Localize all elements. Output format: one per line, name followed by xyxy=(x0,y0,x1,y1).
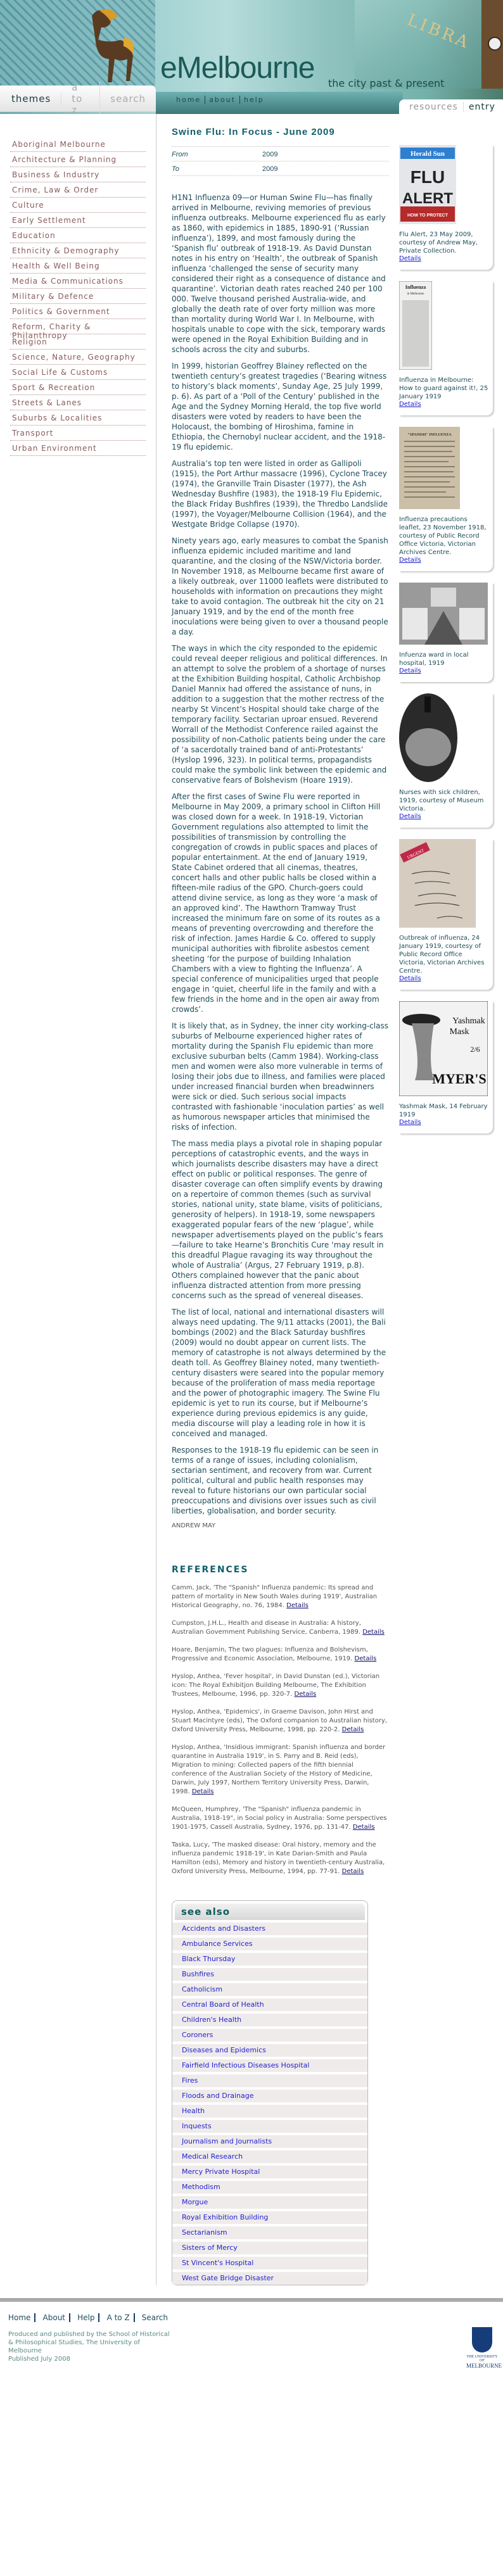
tab-search[interactable]: search xyxy=(100,93,156,104)
paragraph: H1N1 Influenza 09—or Human Swine Flu—has… xyxy=(172,193,389,355)
clock-tower-art xyxy=(481,0,503,89)
see-also-link[interactable]: Inquests xyxy=(172,2120,367,2133)
flu-alert-newspaper-image[interactable]: Herald Sun FLU ALERT HOW TO PROTECT xyxy=(399,145,456,224)
sidebar-item-business-industry[interactable]: Business & Industry xyxy=(10,167,146,182)
reference-details-link[interactable]: Details xyxy=(342,1726,364,1733)
sidebar-item-suburbs-localities[interactable]: Suburbs & Localities xyxy=(10,410,146,426)
see-also-link[interactable]: Morgue xyxy=(172,2196,367,2209)
image-card-influenza-ward: Infuenza ward in local hospital, 1919 De… xyxy=(399,583,493,682)
sidebar-item-aboriginal-melbourne[interactable]: Aboriginal Melbourne xyxy=(10,137,146,152)
paragraph: In 1999, historian Geoffrey Blainey refl… xyxy=(172,361,389,452)
reference-details-link[interactable]: Details xyxy=(295,1691,317,1698)
see-also-link[interactable]: Medical Research xyxy=(172,2150,367,2163)
references-heading: REFERENCES xyxy=(172,1565,389,1575)
yashmak-mask-advertisement-image[interactable]: Yashmak Mask 2/6 MYER'S xyxy=(399,1001,488,1096)
image-caption: Flu Alert, 23 May 2009, courtesy of Andr… xyxy=(399,230,493,255)
sidebar-item-science-nature[interactable]: Science, Nature, Geography xyxy=(10,350,146,365)
reference-item: Cumpston, J.H.L., Health and disease in … xyxy=(172,1619,389,1637)
sidebar-item-media-communications[interactable]: Media & Communications xyxy=(10,274,146,289)
svg-text:ALERT: ALERT xyxy=(402,190,453,207)
see-also-link[interactable]: Ambulance Services xyxy=(172,1938,367,1950)
image-card-outbreak: URGENT Outbreak of influenza, 24 January… xyxy=(399,839,493,990)
sidebar-item-streets-lanes[interactable]: Streets & Lanes xyxy=(10,395,146,410)
sidebar-item-urban-environment[interactable]: Urban Environment xyxy=(10,441,146,456)
paragraph: The ways in which the city responded to … xyxy=(172,643,389,785)
svg-text:Herald Sun: Herald Sun xyxy=(411,150,445,158)
reference-item: Hyslop, Anthea, 'Insidious immigrant: Sp… xyxy=(172,1743,389,1796)
footer-link-help[interactable]: Help xyxy=(73,2313,99,2322)
see-also-heading: see also xyxy=(175,1904,365,1920)
image-details-link[interactable]: Details xyxy=(399,813,493,820)
sidebar-item-early-settlement[interactable]: Early Settlement xyxy=(10,213,146,228)
reference-details-link[interactable]: Details xyxy=(353,1824,375,1831)
references-section: REFERENCES Camm, Jack, 'The "Spanish" In… xyxy=(172,1565,389,1876)
paragraph: Responses to the 1918-19 flu epidemic ca… xyxy=(172,1445,389,1516)
sidebar-item-reform-charity[interactable]: Reform, Charity & Philanthropy xyxy=(10,319,146,334)
university-logo[interactable]: THE UNIVERSITY OF MELBOURNE xyxy=(466,2327,498,2369)
paragraph: Australia’s top ten were listed in order… xyxy=(172,458,389,529)
sidebar-item-social-life[interactable]: Social Life & Customs xyxy=(10,365,146,380)
image-details-link[interactable]: Details xyxy=(399,255,493,262)
image-details-link[interactable]: Details xyxy=(399,975,493,982)
see-also-link[interactable]: Diseases and Epidemics xyxy=(172,2044,367,2057)
see-also-link[interactable]: Coroners xyxy=(172,2029,367,2042)
image-caption: Yashmak Mask, 14 February 1919 xyxy=(399,1102,493,1119)
reference-item: McQueen, Humphrey, 'The "Spanish" influe… xyxy=(172,1805,389,1832)
reference-details-link[interactable]: Details xyxy=(362,1629,385,1636)
footer-link-home[interactable]: Home xyxy=(8,2313,35,2322)
image-caption: Outbreak of influenza, 24 January 1919, … xyxy=(399,934,493,975)
see-also-link[interactable]: Black Thursday xyxy=(172,1953,367,1966)
svg-text:MYER'S: MYER'S xyxy=(432,1071,487,1087)
tab-resources[interactable]: resources xyxy=(409,102,464,112)
image-sidebar: Herald Sun FLU ALERT HOW TO PROTECT Flu … xyxy=(389,114,503,2285)
site-logo[interactable]: eMelbourne xyxy=(160,53,315,84)
reference-item: Camm, Jack, 'The "Spanish" Influenza pan… xyxy=(172,1584,389,1610)
image-caption: Infuenza ward in local hospital, 1919 xyxy=(399,651,493,667)
tab-a-to-z[interactable]: a to z xyxy=(61,82,100,115)
image-caption: Nurses with sick children, 1919, courtes… xyxy=(399,788,493,813)
see-also-link[interactable]: St Vincent's Hospital xyxy=(172,2257,367,2270)
reference-item: Taska, Lucy, 'The masked disease: Oral h… xyxy=(172,1841,389,1876)
nav-help[interactable]: help xyxy=(240,96,268,104)
sidebar-item-transport[interactable]: Transport xyxy=(10,426,146,441)
paragraph: It is likely that, as in Sydney, the inn… xyxy=(172,1021,389,1132)
see-also-link[interactable]: Bushfires xyxy=(172,1968,367,1981)
nav-about[interactable]: about xyxy=(205,96,240,104)
published-date: Published July 2008 xyxy=(8,2355,173,2363)
sidebar-item-crime-law-order[interactable]: Crime, Law & Order xyxy=(10,182,146,198)
reference-item: Hyslop, Anthea, 'Epidemics', in Graeme D… xyxy=(172,1708,389,1734)
reference-item: Hyslop, Anthea, 'Fever hospital', in Dav… xyxy=(172,1672,389,1699)
tab-themes[interactable]: themes xyxy=(0,93,61,104)
image-details-link[interactable]: Details xyxy=(399,401,493,408)
svg-text:Influenza: Influenza xyxy=(405,284,426,290)
reference-text: Camm, Jack, 'The "Spanish" Influenza pan… xyxy=(172,1584,377,1609)
reference-text: Hyslop, Anthea, 'Insidious immigrant: Sp… xyxy=(172,1744,385,1795)
image-card-yashmak-mask: Yashmak Mask 2/6 MYER'S Yashmak Mask, 14… xyxy=(399,1001,493,1133)
image-card-nurses: Nurses with sick children, 1919, courtes… xyxy=(399,693,493,828)
sidebar-item-military-defence[interactable]: Military & Defence xyxy=(10,289,146,304)
see-also-link[interactable]: Floods and Drainage xyxy=(172,2090,367,2102)
see-also-link[interactable]: Central Board of Health xyxy=(172,1998,367,2011)
see-also-link[interactable]: Accidents and Disasters xyxy=(172,1923,367,1935)
see-also-link[interactable]: Mercy Private Hospital xyxy=(172,2166,367,2178)
footer-link-a-to-z[interactable]: A to Z xyxy=(103,2313,135,2322)
see-also-link[interactable]: Sectarianism xyxy=(172,2226,367,2239)
sidebar-item-education[interactable]: Education xyxy=(10,228,146,243)
reference-details-link[interactable]: Details xyxy=(342,1868,364,1875)
top-nav: home about help xyxy=(156,92,403,114)
sidebar-item-politics-government[interactable]: Politics & Government xyxy=(10,304,146,319)
sidebar-item-culture[interactable]: Culture xyxy=(10,198,146,213)
reference-text: Cumpston, J.H.L., Health and disease in … xyxy=(172,1620,361,1636)
see-also-link[interactable]: Fairfield Infectious Diseases Hospital xyxy=(172,2059,367,2072)
svg-text:HOW TO PROTECT: HOW TO PROTECT xyxy=(407,213,449,218)
paragraph: Ninety years ago, early measures to comb… xyxy=(172,536,389,637)
nurses-with-children-photo[interactable] xyxy=(399,693,458,782)
see-also-link[interactable]: West Gate Bridge Disaster xyxy=(172,2272,367,2285)
svg-text:in Melbourne: in Melbourne xyxy=(407,293,424,296)
precautions-leaflet-image[interactable]: "SPANISH" INFLUENZA xyxy=(399,427,460,509)
author-name: ANDREW MAY xyxy=(172,1522,389,1529)
logo-text-bottom: MELBOURNE xyxy=(466,2363,498,2369)
site-footer: Home About Help A to Z Search Produced a… xyxy=(0,2298,503,2425)
image-card-flu-alert: Herald Sun FLU ALERT HOW TO PROTECT Flu … xyxy=(399,145,493,270)
footer-link-about[interactable]: About xyxy=(39,2313,70,2322)
site-tagline: the city past & present xyxy=(328,77,444,89)
image-card-precautions-leaflet: "SPANISH" INFLUENZA Influenza precaution… xyxy=(399,427,493,571)
see-also-link[interactable]: Methodism xyxy=(172,2181,367,2194)
image-caption: Influenza precautions leaflet, 23 Novemb… xyxy=(399,515,493,557)
svg-text:Yashmak: Yashmak xyxy=(452,1016,485,1026)
see-also-link[interactable]: Children's Health xyxy=(172,2014,367,2026)
secondary-tabs: resources entry xyxy=(399,99,503,114)
horse-sculpture-icon xyxy=(54,3,136,82)
reference-details-link[interactable]: Details xyxy=(192,1788,214,1795)
svg-text:2/6: 2/6 xyxy=(470,1045,480,1054)
nav-home[interactable]: home xyxy=(172,96,205,104)
svg-text:FLU: FLU xyxy=(411,167,445,187)
see-also-link[interactable]: Journalism and Journalists xyxy=(172,2135,367,2148)
clock-icon xyxy=(488,37,502,51)
reference-details-link[interactable]: Details xyxy=(286,1602,309,1609)
article-main: Swine Flu: In Focus - June 2009 From 200… xyxy=(156,114,389,2285)
sidebar-item-ethnicity-demography[interactable]: Ethnicity & Demography xyxy=(10,243,146,258)
date-to-row: To 2009 xyxy=(172,161,389,176)
svg-text:"SPANISH" INFLUENZA: "SPANISH" INFLUENZA xyxy=(407,433,452,437)
see-also-link[interactable]: Health xyxy=(172,2105,367,2118)
to-value: 2009 xyxy=(262,165,277,173)
see-also-box: see also Accidents and Disasters Ambulan… xyxy=(172,1900,368,2285)
footer-nav: Home About Help A to Z Search xyxy=(8,2311,503,2323)
from-value: 2009 xyxy=(262,151,277,158)
themes-sidebar: Aboriginal Melbourne Architecture & Plan… xyxy=(0,114,156,2285)
logo-text-top: THE UNIVERSITY OF xyxy=(466,2355,498,2363)
page-title: Swine Flu: In Focus - June 2009 xyxy=(172,127,389,147)
university-crest-icon xyxy=(472,2327,492,2352)
image-details-link[interactable]: Details xyxy=(399,557,493,564)
image-details-link[interactable]: Details xyxy=(399,1119,493,1126)
paragraph: After the first cases of Swine Flu were … xyxy=(172,792,389,1014)
produced-by-text: Produced and published by the School of … xyxy=(8,2330,173,2355)
image-details-link[interactable]: Details xyxy=(399,667,493,674)
article-body: H1N1 Influenza 09—or Human Swine Flu—has… xyxy=(172,193,389,1529)
from-label: From xyxy=(172,151,262,158)
image-card-influenza-in-melbourne: Influenza in Melbourne Influenza in Melb… xyxy=(399,281,493,415)
see-also-link[interactable]: Royal Exhibition Building xyxy=(172,2211,367,2224)
see-also-link[interactable]: Catholicism xyxy=(172,1983,367,1996)
see-also-link[interactable]: Sisters of Mercy xyxy=(172,2242,367,2254)
influenza-ward-photo[interactable] xyxy=(399,583,488,645)
see-also-link[interactable]: Fires xyxy=(172,2074,367,2087)
footer-link-search[interactable]: Search xyxy=(138,2313,172,2322)
tab-entry[interactable]: entry xyxy=(469,102,500,112)
paragraph: The list of local, national and internat… xyxy=(172,1307,389,1439)
svg-text:Mask: Mask xyxy=(449,1027,469,1037)
sidebar-item-sport-recreation[interactable]: Sport & Recreation xyxy=(10,380,146,395)
sidebar-item-health-well-being[interactable]: Health & Well Being xyxy=(10,258,146,274)
producer-credit: Produced and published by the School of … xyxy=(8,2330,173,2363)
reference-item: Hoare, Benjamin, The two plagues: Influe… xyxy=(172,1646,389,1664)
influenza-newspaper-clipping-image[interactable]: Influenza in Melbourne xyxy=(399,281,432,370)
reference-details-link[interactable]: Details xyxy=(355,1655,377,1662)
outbreak-document-image[interactable]: URGENT xyxy=(399,839,476,928)
reference-text: Hyslop, Anthea, 'Fever hospital', in Dav… xyxy=(172,1673,379,1698)
to-label: To xyxy=(172,165,262,173)
image-caption: Influenza in Melbourne: How to guard aga… xyxy=(399,376,493,401)
primary-tabs: themes a to z search xyxy=(0,85,156,112)
site-header: LIBRA eMelbourne the city past & present… xyxy=(0,0,503,114)
sidebar-item-architecture-planning[interactable]: Architecture & Planning xyxy=(10,152,146,167)
date-from-row: From 2009 xyxy=(172,147,389,161)
paragraph: The mass media plays a pivotal role in s… xyxy=(172,1139,389,1301)
reference-text: Hoare, Benjamin, The two plagues: Influe… xyxy=(172,1646,368,1662)
